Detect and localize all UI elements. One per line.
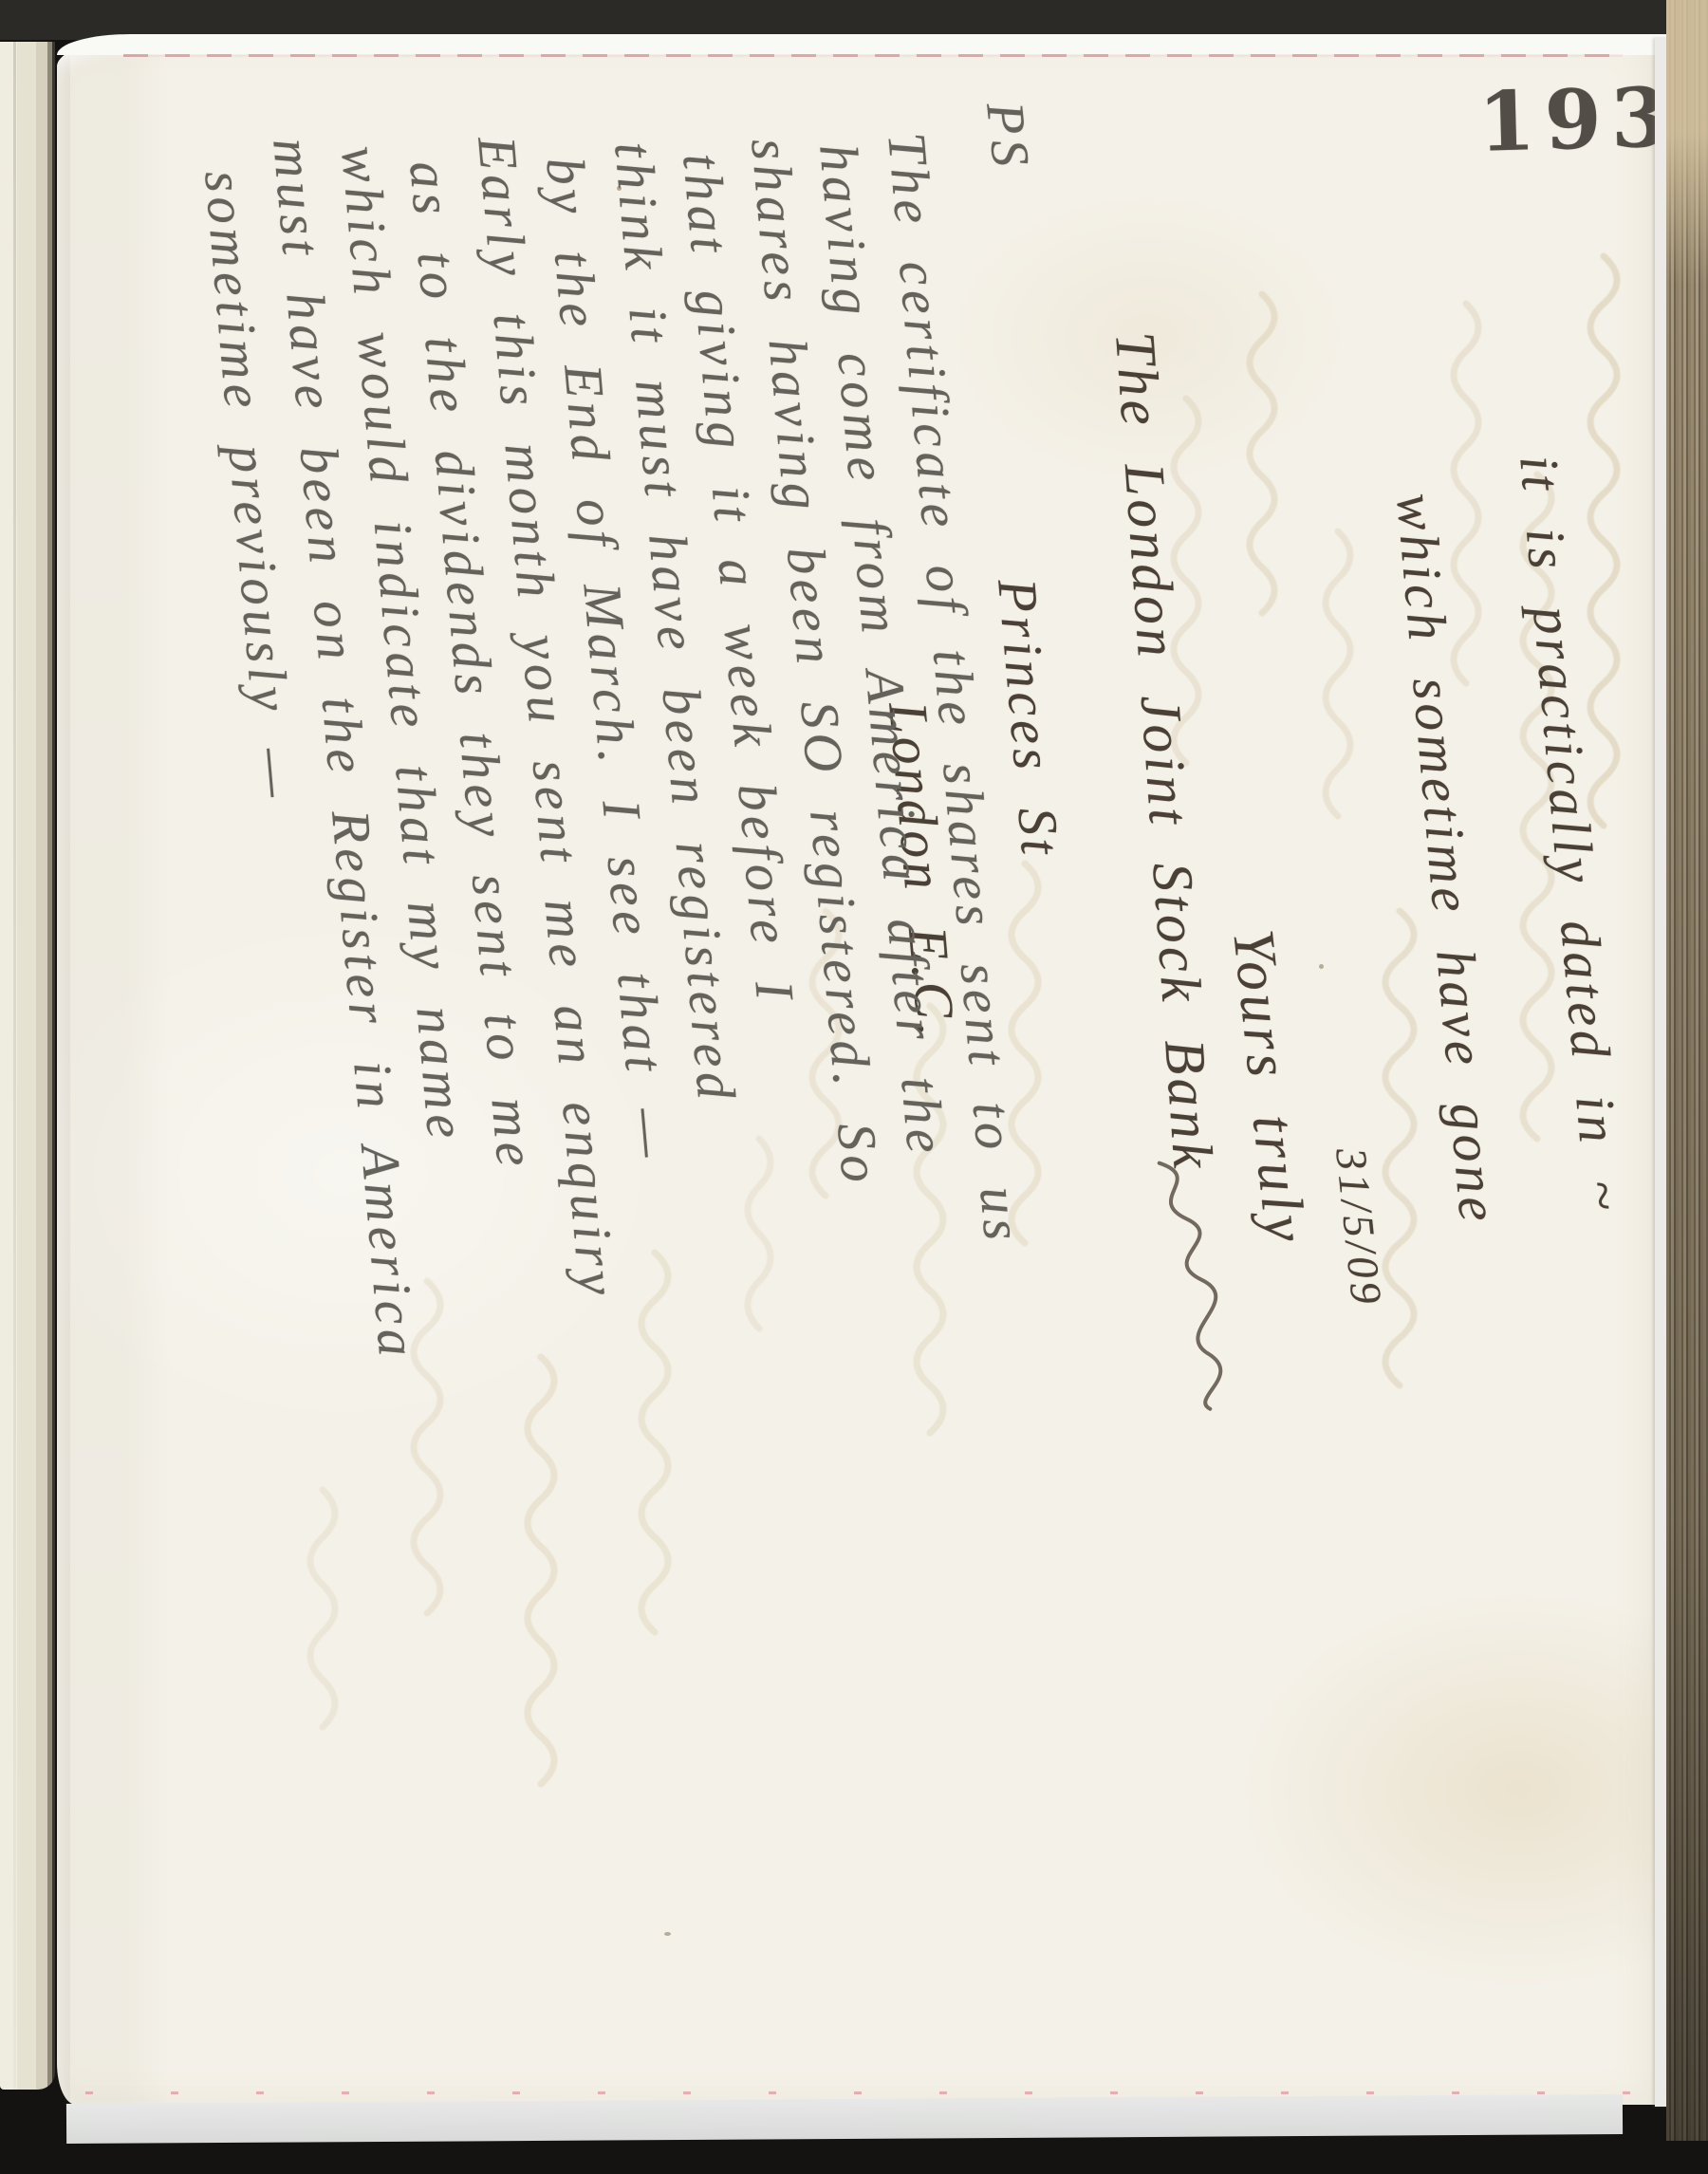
postscript-label: PS [974,100,1041,175]
letter-book-scan: 193 [0,0,1708,2174]
paper-speck [617,186,622,191]
paper-speck [664,1932,671,1936]
page-edge-stack [1666,0,1708,2141]
handwritten-letter: it is practically dated in ~ which somet… [95,47,1661,2040]
facing-page-edge [0,42,55,2090]
signature-scrawl [1125,1148,1247,1423]
next-page-edge-strip [66,2094,1623,2144]
paper-speck [1319,964,1324,969]
book-page: 193 [57,34,1670,2105]
postscript-body: The certificate of the shares sent to us… [188,133,939,1366]
red-rule-bottom [85,2091,1632,2094]
ink-closing-line: Yours truly [1218,926,1318,1248]
